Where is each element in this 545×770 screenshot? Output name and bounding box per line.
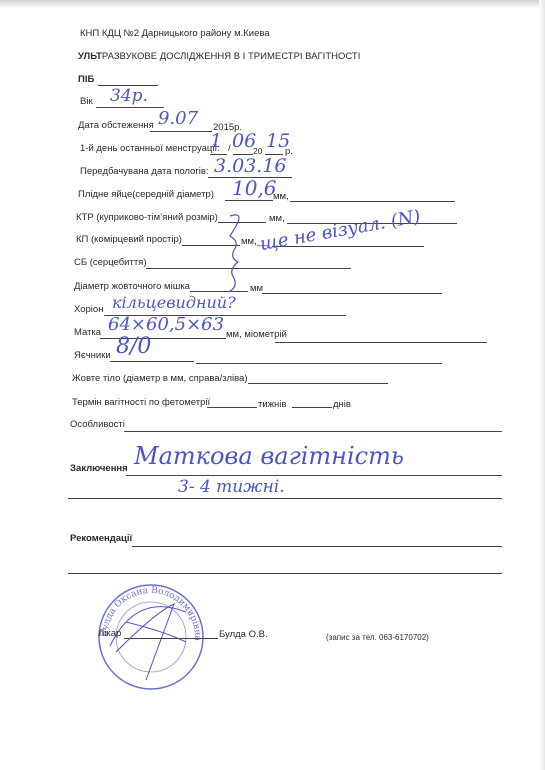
corpus-luteum-field[interactable] [248, 383, 388, 384]
term-label: Термін вагітності по фетометрії [72, 397, 210, 408]
gest-sac-label: Плідне яйце(середній діаметр) [78, 189, 214, 200]
chorion-value: кільцевидний? [112, 293, 236, 312]
doctor-name: Булда О.В. [219, 629, 268, 640]
lmp-label: 1-й день останньої менструації: [80, 143, 220, 154]
features-field[interactable] [124, 431, 502, 432]
scan-shadow-right [539, 0, 545, 770]
age-value: 34р. [110, 86, 148, 106]
gest-sac-field[interactable] [225, 200, 273, 201]
chorion-label: Хоріон [74, 304, 103, 315]
uterus-unit: мм, міометрій [226, 329, 287, 340]
due-date-label: Передбачувана дата пологів: [80, 166, 209, 177]
conclusion-label: Заключення [70, 463, 128, 474]
phone-note: (запис за тел. 063-6170702) [326, 633, 429, 642]
conclusion-value-1: Маткова вагітність [134, 442, 404, 470]
age-field[interactable] [96, 107, 164, 108]
due-date-value: 3.03.16 [214, 155, 287, 177]
doctor-signature-field[interactable] [124, 638, 218, 639]
conclusion-field-2[interactable] [68, 498, 502, 499]
corpus-luteum-label: Жовте тіло (діаметр в мм, справа/зліва) [72, 373, 248, 384]
uterus-label: Матка [74, 327, 101, 338]
ovaries-notes-field[interactable] [196, 363, 442, 364]
exam-date-value: 9.07 [158, 108, 198, 129]
recommendations-label: Рекомендації [70, 533, 132, 544]
term-days-label: днів [333, 399, 351, 410]
term-days-field[interactable] [292, 407, 332, 408]
scan-shadow-top [0, 0, 545, 8]
sb-label: СБ (серцебиття) [74, 257, 146, 268]
gest-sac-notes-field[interactable] [290, 201, 455, 202]
yolk-sac-label: Діаметр жовточного мішка [74, 281, 190, 292]
pib-label: ПІБ [78, 74, 94, 85]
myometrium-field[interactable] [275, 342, 487, 343]
features-label: Особливості [70, 419, 125, 430]
clinic-name: КНП КДЦ №2 Дарницького району м.Киева [80, 28, 270, 39]
ovaries-field[interactable] [110, 361, 194, 362]
ovaries-value: 8/0 [116, 334, 151, 359]
recommendations-field-2[interactable] [68, 573, 502, 574]
recommendations-field-1[interactable] [132, 546, 502, 547]
term-weeks-field[interactable] [207, 407, 257, 408]
ovaries-label: Яєчники [74, 350, 111, 361]
ktr-label: КТР (куприково-тім’яний розмір) [76, 212, 218, 223]
conclusion-field-1[interactable] [126, 475, 502, 476]
lmp-slash: / [228, 143, 231, 154]
gest-sac-value: 10,6 [232, 176, 277, 200]
conclusion-value-2: 3- 4 тижні. [178, 477, 285, 497]
lmp-day-value: 1 [210, 130, 222, 152]
exam-date-field[interactable] [150, 131, 212, 132]
doctor-label: Лікар [98, 628, 121, 639]
uterus-value: 64×60,5×63 [108, 314, 224, 335]
age-label: Вік [80, 96, 93, 107]
term-weeks-label: тижнів [258, 399, 286, 410]
document-title: УЛЬТРАЗВУКОВЕ ДОСЛІДЖЕННЯ В І ТРИМЕСТРІ … [78, 51, 360, 62]
gest-sac-unit: мм, [273, 191, 289, 202]
exam-date-label: Дата обстеження [78, 120, 154, 131]
kp-label: КП (комірцевий простір) [76, 234, 182, 245]
